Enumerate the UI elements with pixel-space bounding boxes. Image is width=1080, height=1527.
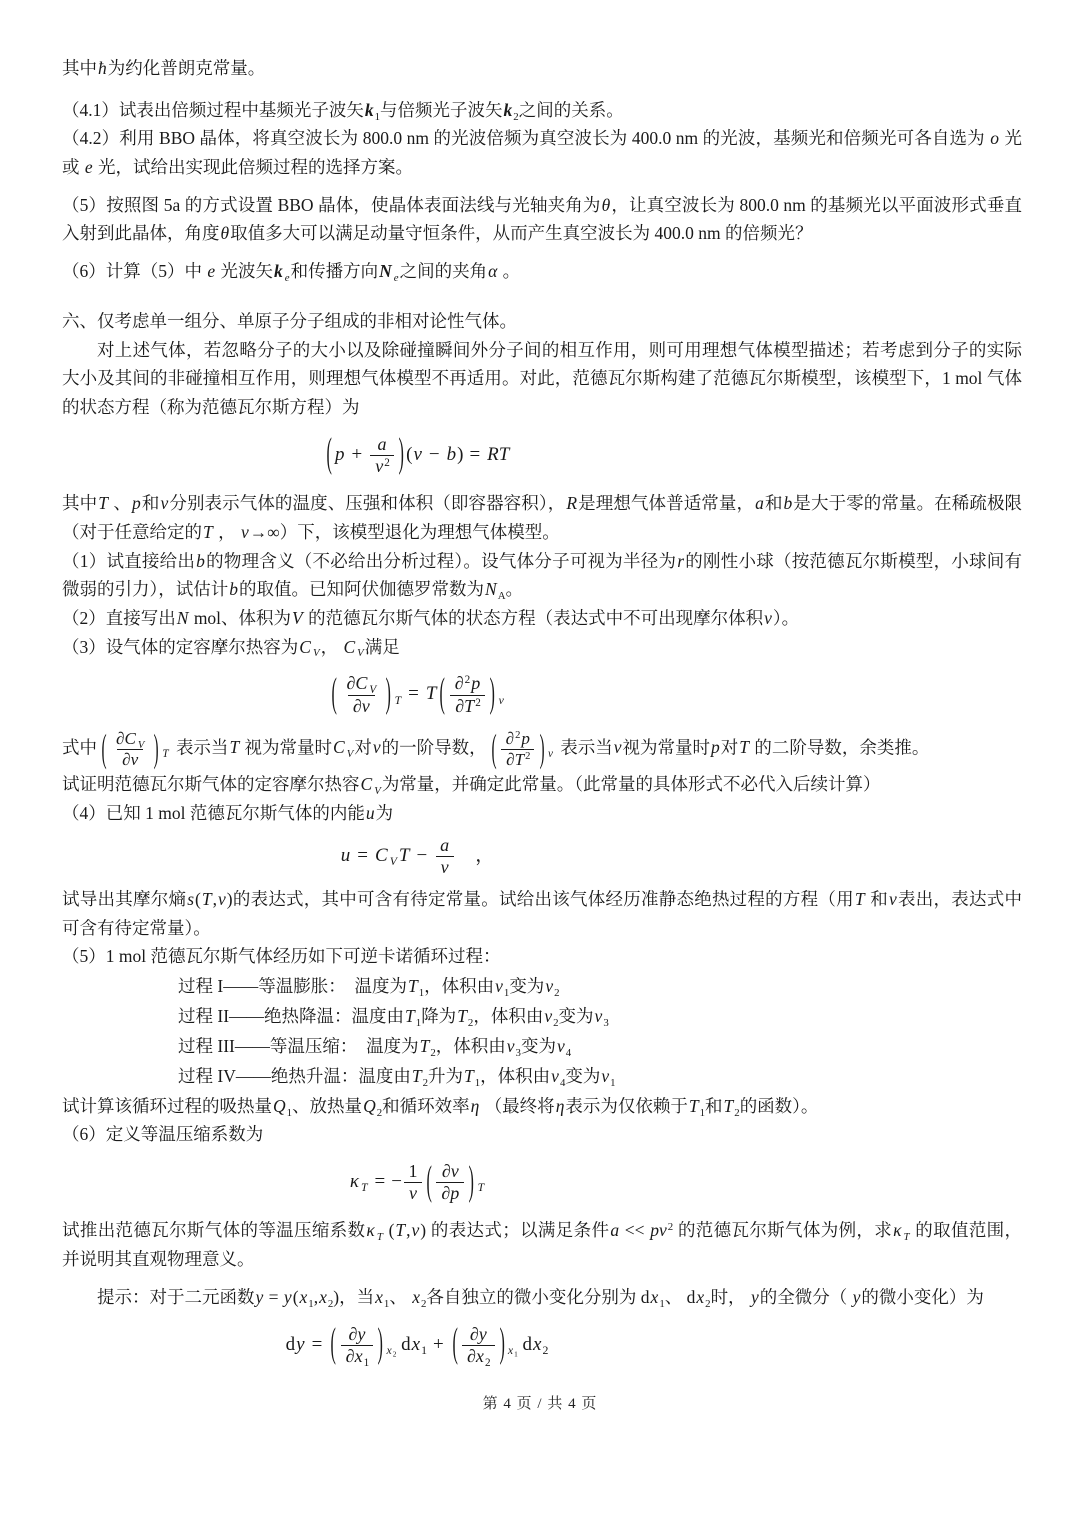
- display-formula: (p+av2)(v−b)=RT: [62, 434, 1022, 478]
- paragraph: 试导出其摩尔熵s(T,v)的表达式，其中可含有待定常量。试给出该气体经历准静态绝…: [62, 885, 1022, 942]
- paragraph: 对上述气体，若忽略分子的大小以及除碰撞瞬间外分子间的相互作用，则可用理想气体模型…: [62, 336, 1022, 422]
- paragraph: （5）1 mol 范德瓦尔斯气体经历如下可逆卡诺循环过程：: [62, 942, 1022, 971]
- paragraph: 提示：对于二元函数y = y(x1,x2)，当x1、 x2各自独立的微小变化分别…: [62, 1283, 1022, 1312]
- paragraph: （4.1）试表出倍频过程中基频光子波矢k1与倍频光子波矢k2之间的关系。: [62, 96, 1022, 125]
- document-content: 其中ħ为约化普朗克常量。（4.1）试表出倍频过程中基频光子波矢k1与倍频光子波矢…: [62, 54, 1022, 1379]
- inline-formula: (∂CV∂v)T: [99, 729, 170, 770]
- paragraph: 其中T 、p和v分别表示气体的温度、压强和体积（即容器容积），R是理想气体普适常…: [62, 489, 1022, 546]
- paragraph: 试推出范德瓦尔斯气体的等温压缩系数κT (T,v) 的表达式；以满足条件a <<…: [62, 1216, 1022, 1273]
- paragraph: （6）计算（5）中 e 光波矢ke和传播方向Ne之间的夹角α 。: [62, 257, 1022, 286]
- paragraph: （4.2）利用 BBO 晶体，将真空波长为 800.0 nm 的光波倍频为真空波…: [62, 124, 1022, 181]
- display-formula: dy=(∂y∂x1)x2 dx1+(∂y∂x2)x1 dx2: [62, 1324, 1022, 1368]
- paragraph: 试计算该循环过程的吸热量Q1、放热量Q2和循环效率η （最终将η表示为仅依赖于T…: [62, 1092, 1022, 1121]
- paragraph: （5）按照图 5a 的方式设置 BBO 晶体，使晶体表面法线与光轴夹角为θ，让真…: [62, 191, 1022, 248]
- paragraph: 式中(∂CV∂v)T 表示当T 视为常量时CV对v的一阶导数，(∂2p∂T2)v…: [62, 729, 1022, 770]
- process-item: 过程 I——等温膨胀： 温度为T1，体积由v1变为v2: [62, 971, 1022, 1001]
- display-formula: κT=−1v(∂v∂p)T: [62, 1161, 1022, 1205]
- process-item: 过程 II——绝热降温：温度由T1降为T2，体积由v2变为v3: [62, 1001, 1022, 1031]
- paragraph: （2）直接写出N mol、体积为V 的范德瓦尔斯气体的状态方程（表达式中不可出现…: [62, 604, 1022, 633]
- inline-formula: (∂2p∂T2)v: [489, 729, 554, 770]
- page-number: 第 4 页 / 共 4 页: [0, 1392, 1080, 1413]
- paragraph: （4）已知 1 mol 范德瓦尔斯气体的内能u为: [62, 799, 1022, 828]
- process-item: 过程 IV——绝热升温：温度由T2升为T1，体积由v4变为v1: [62, 1061, 1022, 1091]
- paragraph: 六、仅考虑单一组分、单原子分子组成的非相对论性气体。: [62, 307, 1022, 336]
- paragraph: （3）设气体的定容摩尔热容为CV， CV满足: [62, 633, 1022, 662]
- paragraph: （1）试直接给出b的物理含义（不必给出分析过程）。设气体分子可视为半径为r的刚性…: [62, 547, 1022, 604]
- paragraph: （6）定义等温压缩系数为: [62, 1120, 1022, 1149]
- paragraph: 其中ħ为约化普朗克常量。: [62, 54, 1022, 83]
- display-formula: (∂CV∂v)T=T(∂2p∂T2)v: [62, 673, 1022, 717]
- display-formula: u=CVT−av ，: [62, 835, 1022, 879]
- process-item: 过程 III——等温压缩： 温度为T2，体积由v3变为v4: [62, 1031, 1022, 1061]
- document-page: 其中ħ为约化普朗克常量。（4.1）试表出倍频过程中基频光子波矢k1与倍频光子波矢…: [0, 0, 1080, 1527]
